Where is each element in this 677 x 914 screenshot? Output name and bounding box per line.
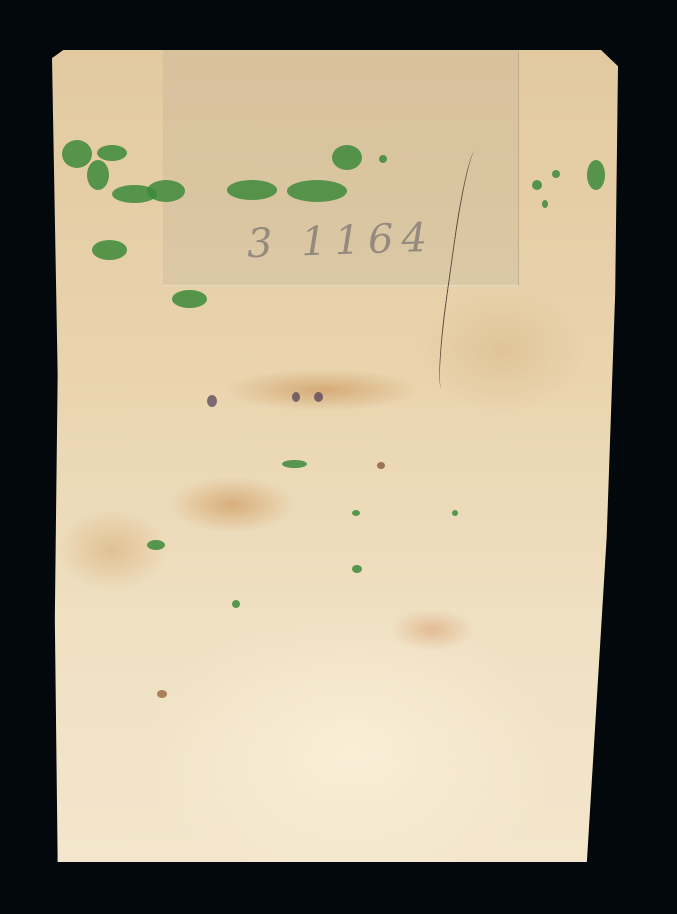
green-stain [587, 160, 605, 190]
dark-spot [157, 690, 167, 698]
green-stain [227, 180, 277, 200]
dark-spot [314, 392, 323, 402]
dark-spot [207, 395, 217, 407]
green-stain [87, 160, 109, 190]
green-stain [332, 145, 362, 170]
dark-spot [377, 462, 385, 469]
green-stain [452, 510, 458, 516]
green-stain [287, 180, 347, 202]
green-stain [97, 145, 127, 161]
green-stain [172, 290, 207, 308]
green-stain [352, 565, 362, 573]
green-stain [379, 155, 387, 163]
green-stain [147, 180, 185, 202]
green-stain [282, 460, 307, 468]
pencil-note: 3 1164 [246, 215, 435, 268]
green-stain [147, 540, 165, 550]
green-stain [552, 170, 560, 178]
green-stain [542, 200, 548, 208]
green-stain [532, 180, 542, 190]
green-stain [92, 240, 127, 260]
green-stain [232, 600, 240, 608]
green-stain [352, 510, 360, 516]
dark-spot [292, 392, 300, 402]
green-stain [62, 140, 92, 168]
paper-back: 3 1164 [52, 50, 618, 862]
